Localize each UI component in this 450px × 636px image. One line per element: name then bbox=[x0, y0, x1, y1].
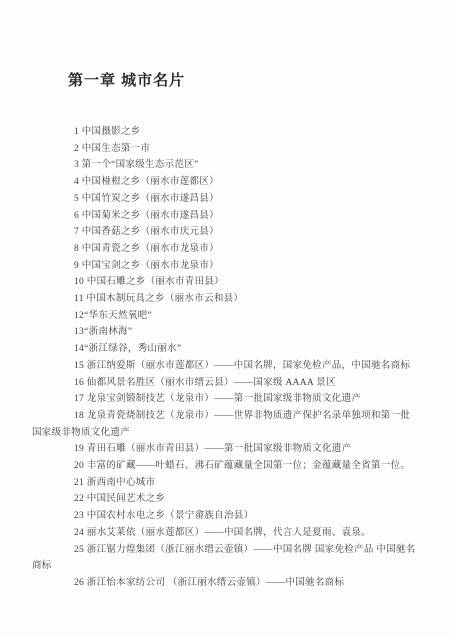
list-item: 3 第一个“国家级生态示范区” bbox=[32, 157, 418, 174]
list-item: 19 青田石雕（丽水市青田县）——第一批国家级非物质文化遗产 bbox=[32, 441, 418, 458]
list-item: 22 中国民间艺术之乡 bbox=[32, 491, 418, 508]
list-item: 17 龙泉宝剑锻制技艺（龙泉市）——第一批国家级非物质文化遗产 bbox=[32, 391, 418, 408]
list-item: 11 中国木制玩具之乡（丽水市云和县） bbox=[32, 291, 418, 308]
list-item: 20 丰富的矿藏——叶蜡石、沸石矿蕴藏量全国第一位；金蕴藏量全省第一位。 bbox=[32, 458, 418, 475]
chapter-list: 1 中国摄影之乡2 中国生态第一市3 第一个“国家级生态示范区”4 中国椪柑之乡… bbox=[32, 124, 418, 592]
list-item: 25 浙江锯力煌集团（浙江丽水缙云壶镇）——中国名牌 国家免检产品 中国驰名商标 bbox=[32, 542, 418, 575]
list-item: 18 龙泉青瓷烧制技艺（龙泉市）——世界非物质遗产保护名录单独项和第一批国家级非… bbox=[32, 408, 418, 441]
list-item: 2 中国生态第一市 bbox=[32, 141, 418, 158]
list-item: 15 浙江纳爱斯（丽水市莲都区）——中国名牌，国家免检产品，中国驰名商标 bbox=[32, 358, 418, 375]
list-item: 9 中国宝剑之乡（丽水市龙泉市） bbox=[32, 258, 418, 275]
list-item: 14“浙江绿谷，秀山丽水” bbox=[32, 341, 418, 358]
list-item: 13“浙南林海” bbox=[32, 324, 418, 341]
document-page: 第一章 城市名片 1 中国摄影之乡2 中国生态第一市3 第一个“国家级生态示范区… bbox=[0, 0, 450, 636]
list-item: 7 中国香菇之乡（丽水市庆元县） bbox=[32, 224, 418, 241]
list-item: 8 中国青瓷之乡（丽水市龙泉市） bbox=[32, 241, 418, 258]
list-item: 23 中国农村水电之乡（景宁畲族自治县） bbox=[32, 508, 418, 525]
list-item: 21 浙西南中心城市 bbox=[32, 475, 418, 492]
list-item: 6 中国菊米之乡（丽水市遂昌县） bbox=[32, 208, 418, 225]
list-item: 5 中国竹炭之乡（丽水市遂昌县） bbox=[32, 191, 418, 208]
list-item: 4 中国椪柑之乡（丽水市莲都区） bbox=[32, 174, 418, 191]
list-item: 16 仙都风景名胜区（丽水市缙云县）——国家级 AAAA 景区 bbox=[32, 375, 418, 392]
list-item: 1 中国摄影之乡 bbox=[32, 124, 418, 141]
list-item: 12“华东天然氧吧” bbox=[32, 308, 418, 325]
list-item: 26 浙江怡本家纺公司 （浙江丽水缙云壶镇）——中国驰名商标 bbox=[32, 575, 418, 592]
chapter-heading: 第一章 城市名片 bbox=[68, 70, 418, 92]
list-item: 10 中国石雕之乡（丽水市青田县） bbox=[32, 274, 418, 291]
list-item: 24 丽水艾莱依（丽水莲都区）——中国名牌，代言人是夏雨、袁泉。 bbox=[32, 525, 418, 542]
page-content: 第一章 城市名片 1 中国摄影之乡2 中国生态第一市3 第一个“国家级生态示范区… bbox=[0, 0, 450, 592]
